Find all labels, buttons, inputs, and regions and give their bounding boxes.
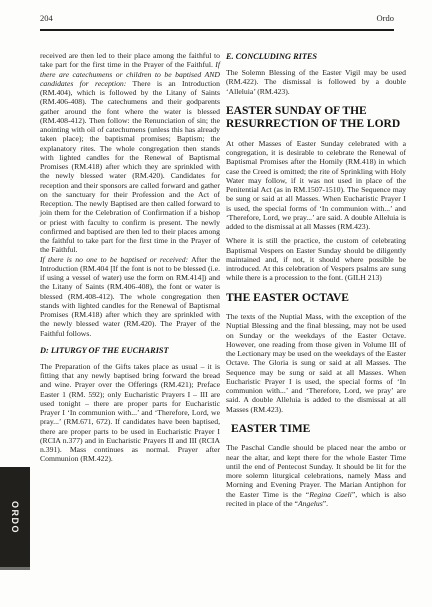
book-page: 204 Ordo received are then led to their …: [0, 0, 432, 607]
text-run-italic: Regina Caeli: [309, 490, 352, 499]
text-columns: received are then led to their place amo…: [40, 51, 406, 513]
heading-liturgy-of-the-eucharist: D: LITURGY OF THE EUCHARIST: [40, 346, 220, 355]
paragraph-preparation-of-gifts: The Preparation of the Gifts takes place…: [40, 362, 220, 464]
paragraph-easter-sunday-masses: At other Masses of Easter Sunday celebra…: [226, 139, 406, 232]
paragraph-no-one-baptised: If there is no one to be baptised or rec…: [40, 255, 220, 338]
page-header: 204 Ordo: [40, 13, 394, 23]
ordo-thumb-tab: ORDO: [0, 467, 30, 570]
heading-easter-time: EASTER TIME: [226, 423, 406, 437]
text-run: After the Introduction (RM.404 [If the f…: [40, 255, 220, 338]
text-run-italic: Angelus: [298, 499, 323, 508]
text-run: ”.: [323, 499, 328, 508]
page-number: 204: [40, 13, 53, 23]
text-run: There is an Introduction (RM.404), which…: [40, 79, 220, 255]
text-run-italic: If there is no one to be baptised or rec…: [40, 255, 188, 264]
paragraph-easter-octave: The texts of the Nuptial Mass, with the …: [226, 312, 406, 414]
running-title: Ordo: [377, 13, 394, 23]
header-rule: [40, 29, 394, 31]
paragraph-paschal-candle: The Paschal Candle should be placed near…: [226, 443, 406, 508]
heading-easter-octave: THE EASTER OCTAVE: [226, 292, 406, 306]
paragraph-solemn-blessing: The Solemn Blessing of the Easter Vigil …: [226, 68, 406, 96]
tab-label: ORDO: [10, 501, 20, 534]
heading-easter-sunday: EASTER SUNDAY OF THE RESURRECTION OF THE…: [226, 105, 406, 132]
right-column: E. CONCLUDING RITES The Solemn Blessing …: [226, 51, 406, 513]
text-run: received are then led to their place amo…: [40, 51, 220, 69]
heading-concluding-rites: E. CONCLUDING RITES: [226, 52, 406, 61]
paragraph-baptism-candidates: received are then led to their place amo…: [40, 51, 220, 255]
left-column: received are then led to their place amo…: [40, 51, 220, 513]
paragraph-baptismal-vespers: Where it is still the practice, the cust…: [226, 236, 406, 282]
